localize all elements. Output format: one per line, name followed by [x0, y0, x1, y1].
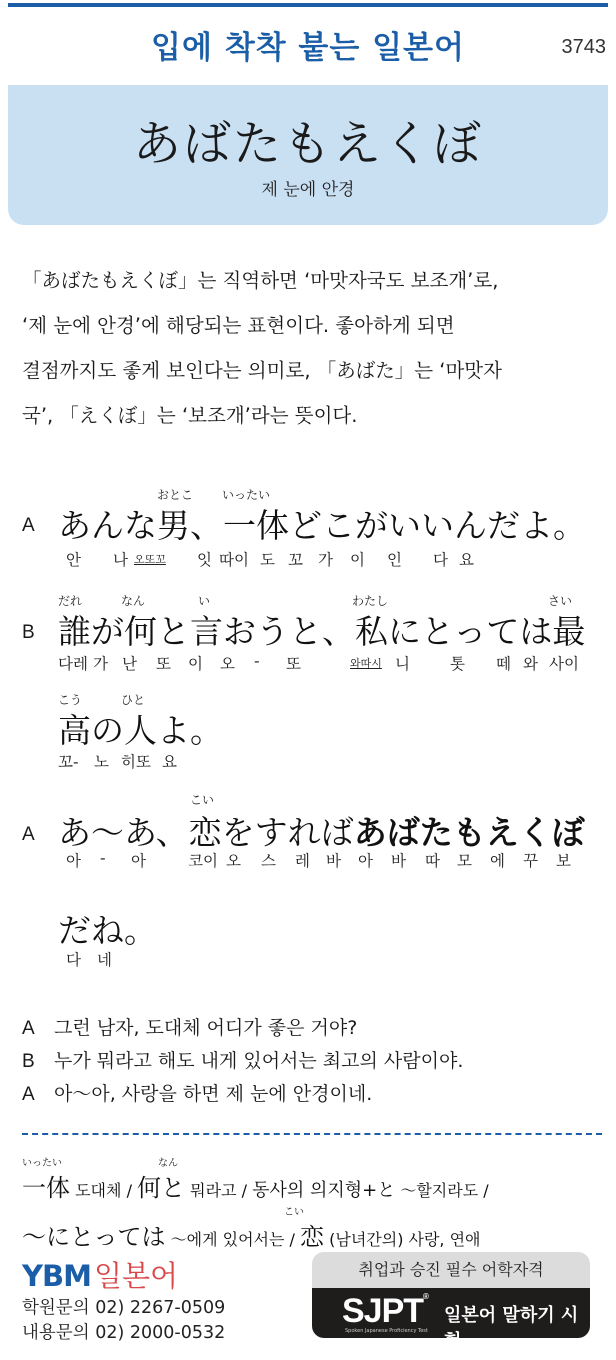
registered-mark-icon: ® [423, 1292, 428, 1301]
pronunciation-syllable: 아 [66, 849, 81, 871]
pronunciation-syllable: 히또 [121, 750, 151, 772]
explanation-line: 결점까지도 좋게 보인다는 의미로, 「あばた」는 ‘마맛자 [22, 348, 602, 393]
top-rule [8, 3, 608, 7]
furigana: さい [548, 592, 572, 609]
pronunciation-syllable: 떼 [496, 652, 511, 674]
translation-text: 그런 남자, 도대체 어디가 좋은 거야? [54, 1017, 357, 1039]
pronunciation-syllable: 이 [188, 652, 203, 674]
pronunciation-syllable: 나 [113, 548, 128, 570]
contact-content: 내용문의 02) 2000-0532 [22, 1319, 225, 1344]
expression-title: あばたもえくぼ [8, 105, 608, 174]
pronunciation-syllable: 요 [162, 750, 177, 772]
ybm-logo: YBM일본어 [22, 1254, 178, 1295]
pronunciation-syllable: 레 [295, 849, 310, 871]
brand-en: YBM [22, 1259, 91, 1293]
pronunciation-syllable: 니 [395, 652, 410, 674]
dashed-divider [22, 1133, 602, 1135]
vocab-word: 恋 [300, 1223, 324, 1251]
vocab-row-2: 〜にとっては 〜에게 있어서는 / 恋 (남녀간의) 사랑, 연애 [22, 1217, 481, 1252]
translation-block: A그런 남자, 도대체 어디가 좋은 거야? B누가 뭐라고 해도 내게 있어서… [22, 1012, 463, 1111]
pronunciation-syllable: 따이 [219, 548, 249, 570]
explanation-line: ‘제 눈에 안경’에 해당되는 표현이다. 좋아하게 되면 [22, 303, 602, 348]
pronunciation-syllable: 바 [391, 849, 406, 871]
pronunciation-syllable: 꼬 [288, 548, 303, 570]
vocab-word: 何と [137, 1174, 185, 1202]
pronunciation-syllable: 요 [459, 548, 474, 570]
contact-phone: 02) 2000-0532 [95, 1323, 225, 1343]
pronunciation-syllable: 모 [457, 849, 472, 871]
pronunciation-syllable: 난 [122, 652, 137, 674]
sentence-plain: あ〜あ、恋をすれば [58, 813, 354, 852]
speaker-label: A [22, 1012, 54, 1045]
pronunciation-syllable: 꾸 [523, 849, 538, 871]
expression-meaning: 제 눈에 안경 [8, 175, 608, 200]
pronunciation-syllable: 오 [226, 849, 241, 871]
furigana: いったい [222, 486, 270, 503]
japanese-sentence: あんな男、一体どこがいいんだよ。 [58, 500, 586, 547]
pronunciation-syllable: 보 [556, 849, 571, 871]
sjpt-logo-text: SJPT [342, 1292, 423, 1330]
translation-line: A아〜아, 사랑을 하면 제 눈에 안경이네. [22, 1078, 463, 1111]
speaker-label: A [22, 515, 35, 537]
speaker-label: B [22, 622, 35, 644]
separator: / [290, 1230, 295, 1249]
vocab-meaning: (남녀간의) 사랑, 연애 [329, 1230, 480, 1249]
ad-body: SJPT® Spoken Japanese Proficiency Test 일… [312, 1288, 590, 1338]
ad-title: 일본어 말하기 시험 [444, 1301, 590, 1338]
sjpt-logo-subtitle: Spoken Japanese Proficiency Test [345, 1328, 428, 1334]
japanese-sentence: あ〜あ、恋をすればあばたもえくぼ [58, 807, 585, 854]
issue-number: 3743 [562, 36, 607, 59]
vocab-meaning: 〜에게 있어서는 [171, 1230, 285, 1249]
pronunciation-syllable: 이 [350, 548, 365, 570]
speaker-label: A [22, 824, 35, 846]
vocab-meaning: 뭐라고 [190, 1181, 236, 1200]
contact-academy: 학원문의 02) 2267-0509 [22, 1294, 225, 1319]
separator: / [242, 1181, 247, 1200]
pronunciation-syllable: 노 [94, 750, 109, 772]
sjpt-logo: SJPT® [342, 1292, 428, 1331]
pronunciation-syllable: 톳 [450, 652, 465, 674]
pronunciation-syllable: 잇 [197, 548, 212, 570]
contact-label: 내용문의 [22, 1323, 90, 1343]
pronunciation-syllable: 다 [433, 548, 448, 570]
pronunciation-syllable: 또 [286, 652, 301, 674]
pronunciation-syllable: 도 [260, 548, 275, 570]
pronunciation-syllable: 네 [97, 948, 112, 970]
pronunciation-syllable: - [100, 849, 106, 867]
pronunciation-syllable: 아 [131, 849, 146, 871]
speaker-label: A [22, 1078, 54, 1111]
vocab-row-1: 一体 도대체 / 何と 뭐라고 / 동사의 의지형+と 〜할지라도 / [22, 1168, 489, 1203]
furigana: なん [121, 592, 145, 609]
translation-text: 아〜아, 사랑을 하면 제 눈에 안경이네. [54, 1083, 372, 1105]
expression-banner: あばたもえくぼ 제 눈에 안경 [8, 85, 608, 225]
translation-line: B누가 뭐라고 해도 내게 있어서는 최고의 사람이야. [22, 1045, 463, 1078]
pronunciation-syllable: 오또꼬 [134, 551, 166, 567]
sjpt-ad-banner[interactable]: 취업과 승진 필수 어학자격 SJPT® Spoken Japanese Pro… [312, 1252, 590, 1338]
vocab-word: 〜にとっては [22, 1223, 166, 1251]
pronunciation-syllable: 오 [220, 652, 235, 674]
separator: / [127, 1181, 132, 1200]
pronunciation-syllable: 따 [425, 849, 440, 871]
pronunciation-syllable: 에 [490, 849, 505, 871]
vocab-meaning: 도대체 [75, 1181, 121, 1200]
explanation-paragraph: 「あばたもえくぼ」는 직역하면 ‘마맛자국도 보조개’로, ‘제 눈에 안경’에… [22, 258, 602, 438]
pronunciation-syllable: 코이 [188, 849, 218, 871]
furigana: わたし [352, 592, 388, 609]
pronunciation-syllable: 안 [66, 548, 81, 570]
vocab-word: 一体 [22, 1174, 70, 1202]
pronunciation-syllable: 다 [66, 948, 81, 970]
pronunciation-syllable: 다레 [58, 652, 88, 674]
separator: / [483, 1181, 488, 1200]
pronunciation-syllable: 와따시 [350, 655, 382, 671]
pronunciation-syllable: 바 [326, 849, 341, 871]
japanese-sentence: だね。 [58, 905, 157, 952]
ad-tagline: 취업과 승진 필수 어학자격 [312, 1252, 590, 1288]
pronunciation-syllable: 사이 [549, 652, 579, 674]
pronunciation-syllable: 가 [318, 548, 333, 570]
contact-phone: 02) 2267-0509 [95, 1298, 225, 1318]
pronunciation-syllable: 인 [387, 548, 402, 570]
pronunciation-syllable: 꼬- [58, 750, 79, 772]
furigana: こい [190, 791, 214, 808]
pronunciation-syllable: - [254, 652, 260, 670]
japanese-sentence: 高の人よ。 [58, 705, 223, 752]
vocab-word: 동사의 의지형+と [252, 1180, 395, 1201]
furigana: おとこ [157, 486, 193, 503]
vocab-furigana: こい [284, 1203, 304, 1218]
japanese-sentence: 誰が何と言おうと、私にとっては最 [58, 606, 585, 653]
furigana: ひと [121, 691, 145, 708]
vocab-furigana: なん [158, 1154, 178, 1169]
brand-kr: 일본어 [94, 1259, 178, 1293]
series-title: 입에 착착 붙는 일본어 [0, 22, 616, 67]
speaker-label: B [22, 1045, 54, 1078]
sentence-highlight: あばたもえくぼ [354, 813, 585, 852]
explanation-line: 「あばたもえくぼ」는 직역하면 ‘마맛자국도 보조개’로, [22, 258, 602, 303]
furigana: だれ [58, 592, 82, 609]
pronunciation-syllable: 또 [156, 652, 171, 674]
pronunciation-syllable: 와 [523, 652, 538, 674]
explanation-line: 국’, 「えくぼ」는 ‘보조개’라는 뜻이다. [22, 393, 602, 438]
furigana: い [198, 592, 210, 609]
pronunciation-syllable: 스 [261, 849, 276, 871]
contact-label: 학원문의 [22, 1298, 90, 1318]
furigana: こう [58, 691, 82, 708]
pronunciation-syllable: 아 [358, 849, 373, 871]
vocab-furigana: いったい [22, 1154, 62, 1169]
translation-text: 누가 뭐라고 해도 내게 있어서는 최고의 사람이야. [54, 1050, 463, 1072]
pronunciation-syllable: 가 [93, 652, 108, 674]
vocab-meaning: 〜할지라도 [400, 1181, 478, 1200]
translation-line: A그런 남자, 도대체 어디가 좋은 거야? [22, 1012, 463, 1045]
